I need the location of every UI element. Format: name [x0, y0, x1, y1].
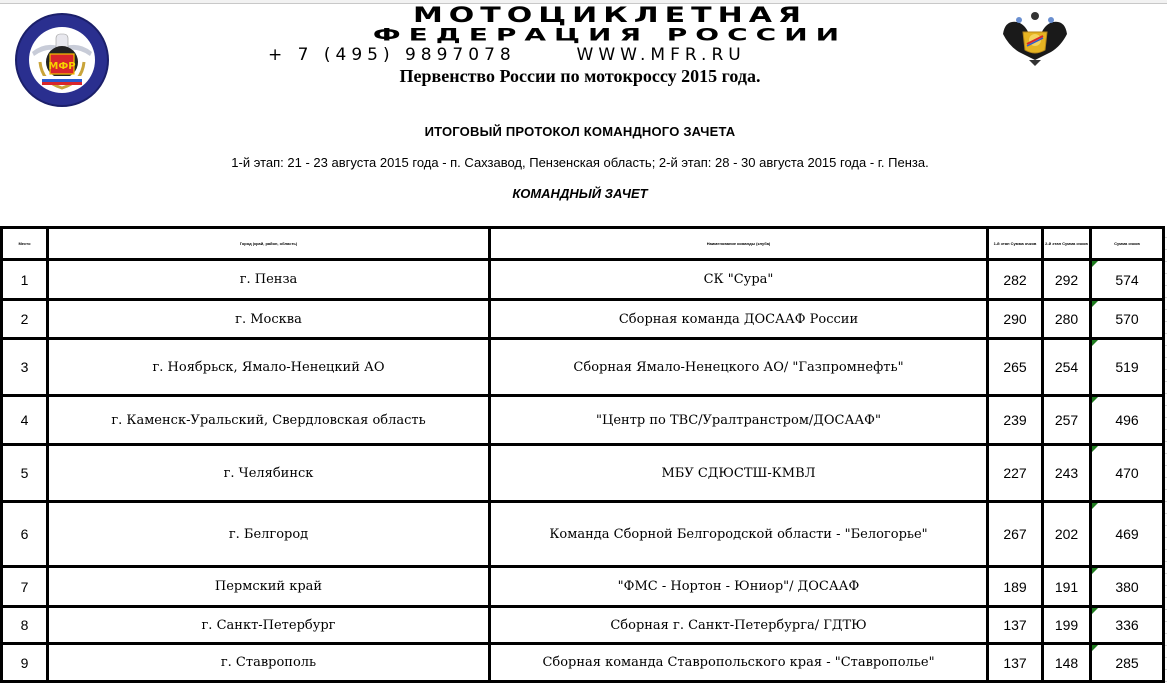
cell-stage2-points[interactable]: 257 — [1043, 396, 1091, 445]
cell-city-value: г. Белгород — [229, 527, 308, 542]
cell-city-value: г. Пенза — [240, 272, 298, 287]
formula-indicator-icon — [1092, 645, 1098, 651]
cell-team-value: Сборная команда ДОСААФ России — [619, 312, 858, 327]
cell-team-value: "ФМС - Нортон - Юниор"/ ДОСААФ — [618, 579, 860, 594]
table-row: 6г. БелгородКоманда Сборной Белгородской… — [2, 502, 1164, 567]
cell-city[interactable]: г. Санкт-Петербург — [48, 607, 490, 644]
cell-place-value: 2 — [21, 311, 29, 327]
mfr-emblem-icon: МФР — [14, 12, 110, 108]
table-row: 1г. ПензаСК "Сура"282292574 — [2, 260, 1164, 300]
cell-stage2-points[interactable]: 199 — [1043, 607, 1091, 644]
cell-total-points[interactable]: 570 — [1091, 300, 1164, 339]
column-header-team: Наименование команды (клуба) — [490, 228, 988, 260]
cell-place[interactable]: 3 — [2, 339, 48, 396]
cell-team-value: Сборная команда Ставропольского края - "… — [542, 655, 934, 670]
cell-place-value: 8 — [21, 617, 29, 633]
cell-stage2-points-value: 257 — [1055, 412, 1078, 428]
website-link: WWW.MFR.RU — [577, 46, 746, 64]
cell-place[interactable]: 6 — [2, 502, 48, 567]
cell-place-value: 3 — [21, 359, 29, 375]
cell-stage2-points[interactable]: 280 — [1043, 300, 1091, 339]
cell-team[interactable]: Сборная команда Ставропольского края - "… — [490, 644, 988, 682]
cell-place[interactable]: 8 — [2, 607, 48, 644]
cell-city[interactable]: г. Ноябрьск, Ямало-Ненецкий АО — [48, 339, 490, 396]
cell-total-points-value: 336 — [1115, 617, 1138, 633]
cell-place-value: 9 — [21, 655, 29, 671]
formula-indicator-icon — [1092, 446, 1098, 452]
cell-stage1-points[interactable]: 282 — [988, 260, 1043, 300]
cell-total-points[interactable]: 469 — [1091, 502, 1164, 567]
section-title: КОМАНДНЫЙ ЗАЧЕТ — [0, 186, 1160, 201]
cell-team[interactable]: Сборная Ямало-Ненецкого АО/ "Газпромнефт… — [490, 339, 988, 396]
cell-place[interactable]: 5 — [2, 445, 48, 502]
cell-place[interactable]: 4 — [2, 396, 48, 445]
cell-place[interactable]: 9 — [2, 644, 48, 682]
cell-stage1-points-value: 290 — [1003, 311, 1026, 327]
protocol-title: ИТОГОВЫЙ ПРОТОКОЛ КОМАНДНОГО ЗАЧЕТА — [0, 124, 1160, 139]
table-row: 7Пермский край"ФМС - Нортон - Юниор"/ ДО… — [2, 567, 1164, 607]
formula-indicator-icon — [1092, 503, 1098, 509]
cell-team-value: МБУ СДЮСТШ-КМВЛ — [661, 466, 815, 481]
cell-stage2-points[interactable]: 254 — [1043, 339, 1091, 396]
cell-stage2-points-value: 254 — [1055, 359, 1078, 375]
double-headed-eagle-crest-icon — [995, 10, 1075, 68]
cell-total-points-value: 519 — [1115, 359, 1138, 375]
cell-stage1-points[interactable]: 239 — [988, 396, 1043, 445]
cell-place[interactable]: 2 — [2, 300, 48, 339]
cell-team-value: Сборная г. Санкт-Петербурга/ ГДТЮ — [610, 618, 866, 633]
cell-stage1-points-value: 265 — [1003, 359, 1026, 375]
cell-stage1-points-value: 137 — [1003, 617, 1026, 633]
brand-line-1: МОТОЦИКЛЕТНАЯ — [268, 6, 952, 25]
cell-city[interactable]: г. Белгород — [48, 502, 490, 567]
table-header-row: Место Город (край, район, область) Наиме… — [2, 228, 1164, 260]
cell-total-points[interactable]: 519 — [1091, 339, 1164, 396]
cell-city[interactable]: г. Каменск-Уральский, Свердловская облас… — [48, 396, 490, 445]
contact-line: + 7 (495) 9897078 WWW.MFR.RU — [268, 46, 952, 64]
cell-stage2-points-value: 148 — [1055, 655, 1078, 671]
cell-stage1-points[interactable]: 265 — [988, 339, 1043, 396]
cell-city[interactable]: г. Челябинск — [48, 445, 490, 502]
cell-city-value: г. Москва — [235, 312, 302, 327]
cell-stage1-points-value: 227 — [1003, 465, 1026, 481]
phone-number: + 7 (495) 9897078 — [268, 46, 516, 64]
formula-indicator-icon — [1092, 301, 1098, 307]
formula-indicator-icon — [1092, 568, 1098, 574]
stages-info: 1-й этап: 21 - 23 августа 2015 года - п.… — [0, 155, 1160, 170]
cell-team[interactable]: Сборная команда ДОСААФ России — [490, 300, 988, 339]
cell-stage1-points-value: 282 — [1003, 272, 1026, 288]
cell-stage1-points-value: 189 — [1003, 579, 1026, 595]
cell-place-value: 5 — [21, 465, 29, 481]
cell-total-points-value: 469 — [1115, 526, 1138, 542]
cell-team[interactable]: СК "Сура" — [490, 260, 988, 300]
column-header-city: Город (край, район, область) — [48, 228, 490, 260]
cell-stage2-points[interactable]: 243 — [1043, 445, 1091, 502]
cell-stage1-points-value: 267 — [1003, 526, 1026, 542]
cell-stage1-points[interactable]: 227 — [988, 445, 1043, 502]
table-row: 5г. ЧелябинскМБУ СДЮСТШ-КМВЛ227243470 — [2, 445, 1164, 502]
cell-city-value: г. Санкт-Петербург — [202, 618, 336, 633]
cell-city[interactable]: г. Ставрополь — [48, 644, 490, 682]
cell-team[interactable]: Сборная г. Санкт-Петербурга/ ГДТЮ — [490, 607, 988, 644]
cell-place-value: 4 — [21, 412, 29, 428]
cell-total-points-value: 496 — [1115, 412, 1138, 428]
cell-stage2-points[interactable]: 202 — [1043, 502, 1091, 567]
table-row: 8г. Санкт-ПетербургСборная г. Санкт-Пете… — [2, 607, 1164, 644]
championship-title: Первенство России по мотокроссу 2015 год… — [0, 66, 1160, 87]
formula-indicator-icon — [1092, 261, 1098, 267]
cell-team[interactable]: "ФМС - Нортон - Юниор"/ ДОСААФ — [490, 567, 988, 607]
cell-city[interactable]: г. Москва — [48, 300, 490, 339]
formula-indicator-icon — [1092, 340, 1098, 346]
cell-total-points-value: 380 — [1115, 579, 1138, 595]
cell-stage2-points[interactable]: 191 — [1043, 567, 1091, 607]
cell-place-value: 7 — [21, 579, 29, 595]
cell-total-points[interactable]: 336 — [1091, 607, 1164, 644]
cell-total-points-value: 285 — [1115, 655, 1138, 671]
table-row: 4г. Каменск-Уральский, Свердловская обла… — [2, 396, 1164, 445]
cell-stage2-points-value: 243 — [1055, 465, 1078, 481]
cell-stage1-points[interactable]: 267 — [988, 502, 1043, 567]
table-row: 3г. Ноябрьск, Ямало-Ненецкий АОСборная Я… — [2, 339, 1164, 396]
cell-stage2-points-value: 292 — [1055, 272, 1078, 288]
cell-stage1-points[interactable]: 189 — [988, 567, 1043, 607]
cell-team[interactable]: Команда Сборной Белгородской области - "… — [490, 502, 988, 567]
cell-team-value: СК "Сура" — [704, 272, 774, 287]
team-results-table: Место Город (край, район, область) Наиме… — [0, 226, 1165, 683]
column-header-stage1: 1-й этап Сумма очков — [988, 228, 1043, 260]
column-header-place: Место — [2, 228, 48, 260]
cell-stage2-points-value: 191 — [1055, 579, 1078, 595]
cell-total-points[interactable]: 574 — [1091, 260, 1164, 300]
cell-team[interactable]: "Центр по ТВС/Уралтранстром/ДОСААФ" — [490, 396, 988, 445]
table-row: 2г. МоскваСборная команда ДОСААФ России2… — [2, 300, 1164, 339]
column-header-total: Сумма очков — [1091, 228, 1164, 260]
cell-city-value: г. Каменск-Уральский, Свердловская облас… — [111, 413, 425, 428]
cell-stage1-points[interactable]: 290 — [988, 300, 1043, 339]
cell-total-points[interactable]: 470 — [1091, 445, 1164, 502]
cell-city-value: г. Челябинск — [224, 466, 314, 481]
cell-team-value: Команда Сборной Белгородской области - "… — [549, 527, 927, 542]
cell-place[interactable]: 1 — [2, 260, 48, 300]
cell-city-value: г. Ноябрьск, Ямало-Ненецкий АО — [152, 360, 384, 375]
cell-city[interactable]: Пермский край — [48, 567, 490, 607]
cell-stage2-points-value: 199 — [1055, 617, 1078, 633]
brand-line-2: ФЕДЕРАЦИЯ РОССИИ — [268, 28, 952, 42]
cell-total-points-value: 574 — [1115, 272, 1138, 288]
formula-indicator-icon — [1092, 397, 1098, 403]
cell-place-value: 6 — [21, 526, 29, 542]
formula-indicator-icon — [1092, 608, 1098, 614]
cell-stage1-points[interactable]: 137 — [988, 607, 1043, 644]
cell-city-value: г. Ставрополь — [221, 655, 316, 670]
cell-total-points[interactable]: 285 — [1091, 644, 1164, 682]
cell-city[interactable]: г. Пенза — [48, 260, 490, 300]
cell-stage1-points-value: 239 — [1003, 412, 1026, 428]
cell-team[interactable]: МБУ СДЮСТШ-КМВЛ — [490, 445, 988, 502]
cell-total-points-value: 470 — [1115, 465, 1138, 481]
column-header-stage2: 2-й этап Сумма очков — [1043, 228, 1091, 260]
cell-stage2-points-value: 280 — [1055, 311, 1078, 327]
cell-team-value: Сборная Ямало-Ненецкого АО/ "Газпромнефт… — [573, 360, 903, 375]
cell-total-points[interactable]: 380 — [1091, 567, 1164, 607]
cell-stage1-points-value: 137 — [1003, 655, 1026, 671]
cell-total-points-value: 570 — [1115, 311, 1138, 327]
cell-city-value: Пермский край — [215, 579, 322, 594]
cell-place-value: 1 — [21, 272, 29, 288]
table-row: 9г. СтавропольСборная команда Ставрополь… — [2, 644, 1164, 682]
cell-stage2-points[interactable]: 148 — [1043, 644, 1091, 682]
cell-total-points[interactable]: 496 — [1091, 396, 1164, 445]
cell-stage2-points-value: 202 — [1055, 526, 1078, 542]
cell-team-value: "Центр по ТВС/Уралтранстром/ДОСААФ" — [596, 413, 881, 428]
cell-stage2-points[interactable]: 292 — [1043, 260, 1091, 300]
cell-place[interactable]: 7 — [2, 567, 48, 607]
cell-stage1-points[interactable]: 137 — [988, 644, 1043, 682]
